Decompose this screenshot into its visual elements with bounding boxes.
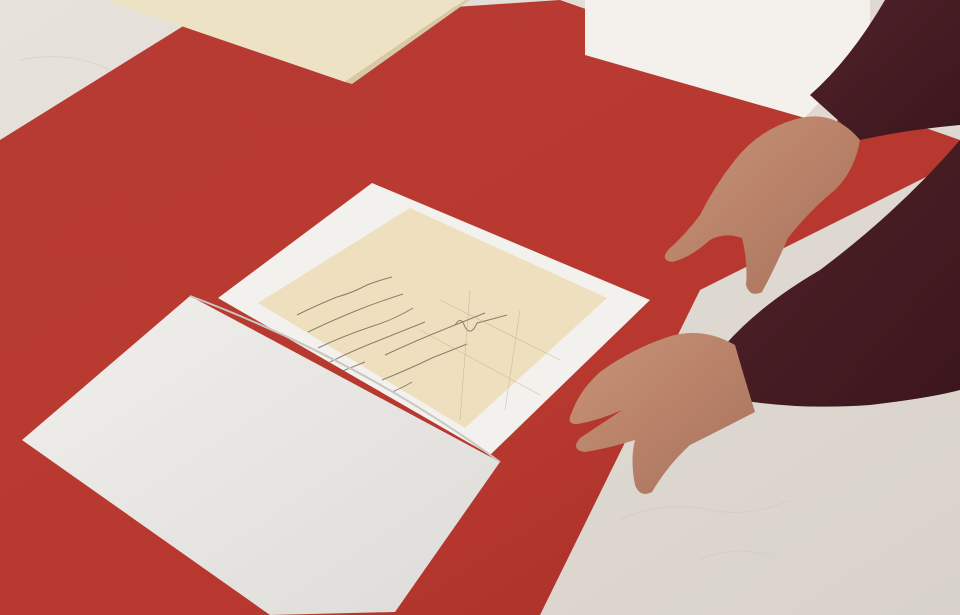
scene-illustration [0, 0, 960, 615]
photo-scene [0, 0, 960, 615]
